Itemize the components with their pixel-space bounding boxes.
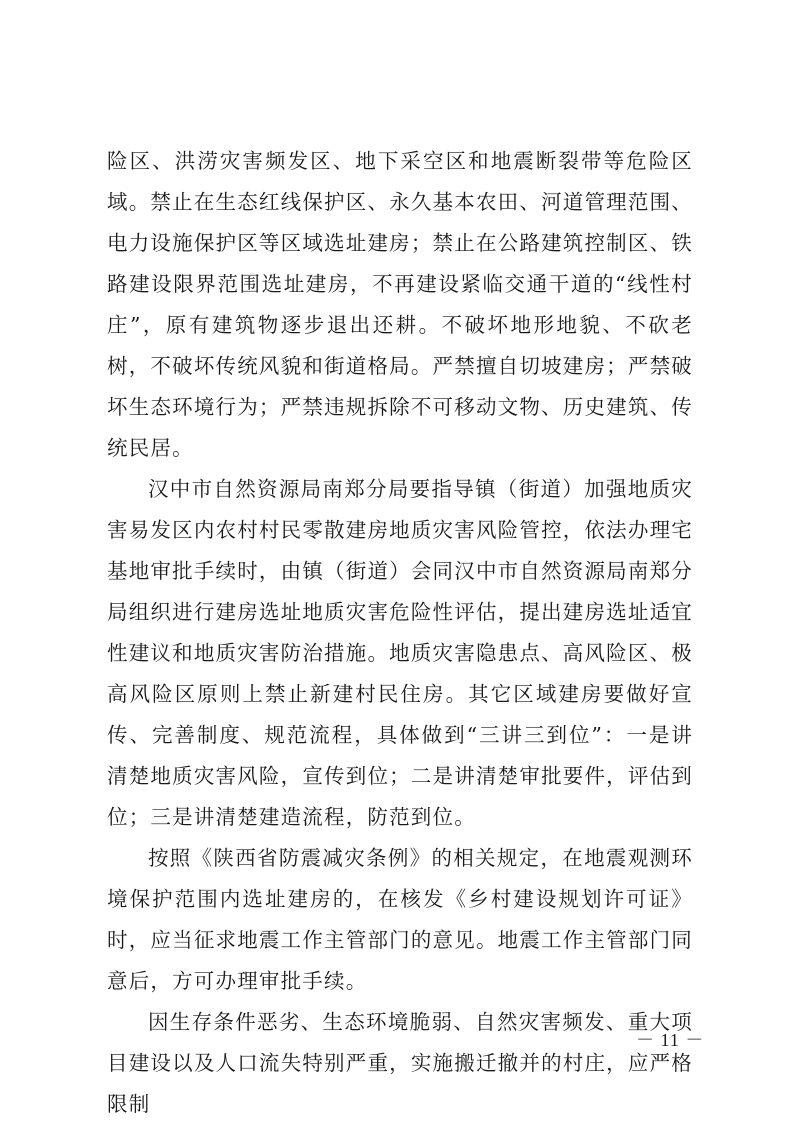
document-page: 险区、洪涝灾害频发区、地下采空区和地震断裂带等危险区域。禁止在生态红线保护区、永… — [0, 0, 792, 1121]
paragraph-1: 险区、洪涝灾害频发区、地下采空区和地震断裂带等危险区域。禁止在生态红线保护区、永… — [107, 141, 693, 469]
paragraph-4: 因生存条件恶劣、生态环境脆弱、自然灾害频发、重大项目建设以及人口流失特别严重，实… — [107, 1002, 693, 1121]
paragraph-3: 按照《陕西省防震减灾条例》的相关规定，在地震观测环境保护范围内选址建房的，在核发… — [107, 838, 693, 1002]
paragraph-2: 汉中市自然资源局南郑分局要指导镇（街道）加强地质灾害易发区内农村村民零散建房地质… — [107, 469, 693, 838]
page-number: － 11 － — [636, 1026, 704, 1052]
body-text: 险区、洪涝灾害频发区、地下采空区和地震断裂带等危险区域。禁止在生态红线保护区、永… — [107, 141, 693, 1121]
